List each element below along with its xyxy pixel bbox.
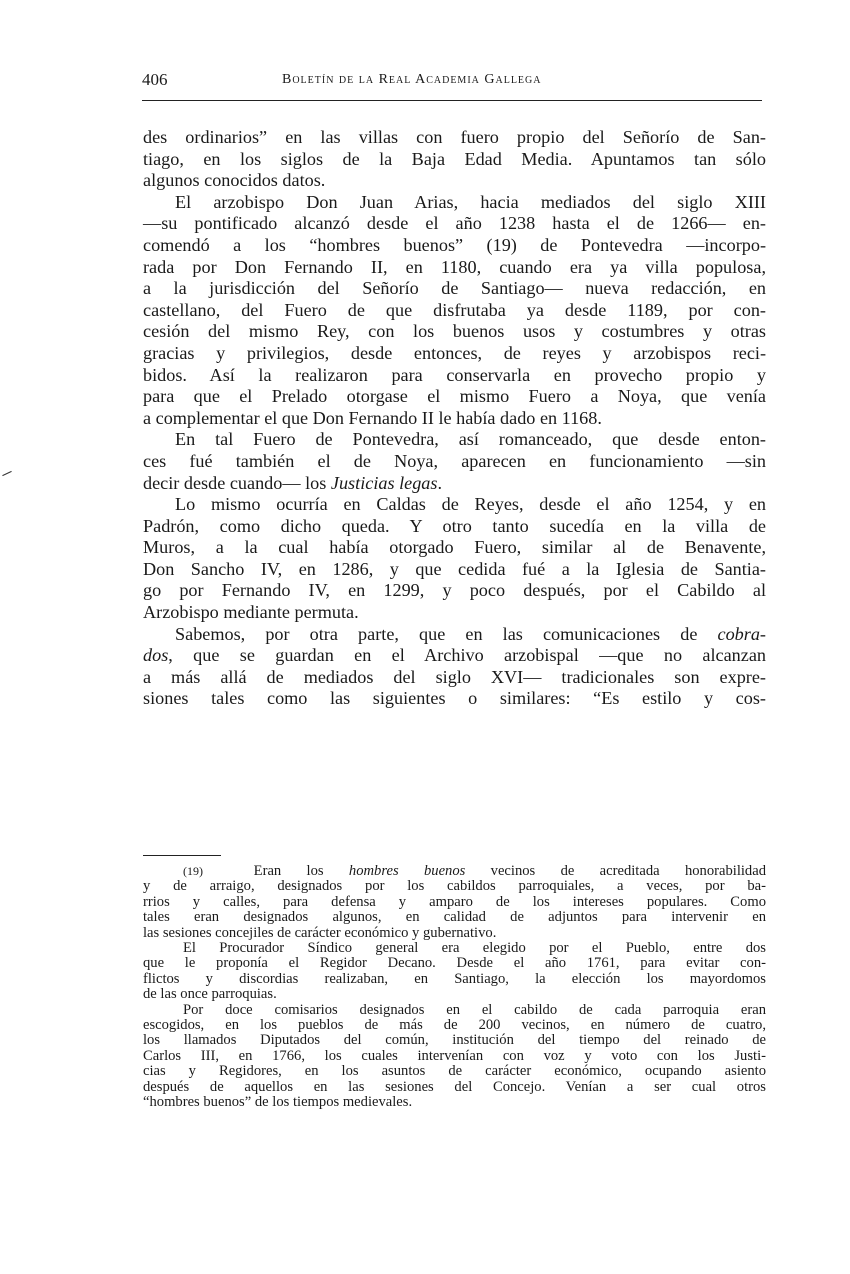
- text-line: Padrón, como dicho queda. Y otro tanto s…: [143, 516, 766, 538]
- text-fragment: vecinos de acreditada honorabilidad: [465, 863, 766, 879]
- text-line: dos, que se guardan en el Archivo arzobi…: [143, 645, 766, 667]
- text-line: tiago, en los siglos de la Baja Edad Med…: [143, 149, 766, 171]
- text-line: El Procurador Síndico general era elegid…: [143, 941, 766, 956]
- text-line: a la jurisdicción del Señorío de Santiag…: [143, 278, 766, 300]
- text-line: Don Sancho IV, en 1286, y que cedida fué…: [143, 559, 766, 581]
- text-line: ces fué también el de Noya, aparecen en …: [143, 451, 766, 473]
- text-line: gracias y privilegios, desde entonces, d…: [143, 343, 766, 365]
- text-line: los llamados Diputados del común, instit…: [143, 1033, 766, 1048]
- page-number: 406: [142, 70, 168, 90]
- text-line: a más allá de mediados del siglo XVI— tr…: [143, 667, 766, 689]
- text-fragment: .: [437, 473, 442, 493]
- text-line: El arzobispo Don Juan Arias, hacia media…: [143, 192, 766, 214]
- text-line: que le proponía el Regidor Decano. Desde…: [143, 956, 766, 971]
- text-line: a complementar el que Don Fernando II le…: [143, 408, 766, 430]
- text-line: Sabemos, por otra parte, que en las comu…: [143, 624, 766, 646]
- text-line: des ordinarios” en las villas con fuero …: [143, 127, 766, 149]
- italic-term: dos: [143, 645, 168, 665]
- footnote-paragraph: El Procurador Síndico general era elegid…: [143, 941, 766, 1003]
- text-line: En tal Fuero de Pontevedra, así romancea…: [143, 429, 766, 451]
- footnote-paragraph: Por doce comisarios designados en el cab…: [143, 1003, 766, 1111]
- paragraph: des ordinarios” en las villas con fuero …: [143, 127, 766, 192]
- text-line: —su pontificado alcanzó desde el año 123…: [143, 213, 766, 235]
- text-line: después de aquellos en las sesiones del …: [143, 1080, 766, 1095]
- text-line: y de arraigo, designados por los cabildo…: [143, 879, 766, 894]
- text-line: castellano, del Fuero de que disfrutaba …: [143, 300, 766, 322]
- text-line: comendó a los “hombres buenos” (19) de P…: [143, 235, 766, 257]
- paragraph: Lo mismo ocurría en Caldas de Reyes, des…: [143, 494, 766, 624]
- text-line: cias y Regidores, en los asuntos de cará…: [143, 1064, 766, 1079]
- footnote-rule: [143, 855, 221, 856]
- text-line: para que el Prelado otorgase el mismo Fu…: [143, 386, 766, 408]
- text-line: siones tales como las siguientes o simil…: [143, 688, 766, 710]
- text-line: tales eran designados algunos, en calida…: [143, 910, 766, 925]
- header-rule: [142, 100, 762, 101]
- page-header: 406 Boletín de la Real Academia Gallega: [142, 70, 762, 94]
- footnote-marker: (19): [183, 864, 203, 878]
- document-page: 406 Boletín de la Real Academia Gallega …: [0, 0, 850, 1274]
- text-line: Arzobispo mediante permuta.: [143, 602, 766, 624]
- text-line: Por doce comisarios designados en el cab…: [143, 1003, 766, 1018]
- text-line: Lo mismo ocurría en Caldas de Reyes, des…: [143, 494, 766, 516]
- text-line: cesión del mismo Rey, con los buenos uso…: [143, 321, 766, 343]
- margin-mark: [2, 471, 11, 476]
- text-fragment: decir desde cuando— los: [143, 473, 331, 493]
- text-line: “hombres buenos” de los tiempos medieval…: [143, 1095, 766, 1110]
- text-line: go por Fernando IV, en 1299, y poco desp…: [143, 580, 766, 602]
- text-line: de las once parroquias.: [143, 987, 766, 1002]
- text-line: bidos. Así la realizaron para conservarl…: [143, 365, 766, 387]
- running-head: Boletín de la Real Academia Gallega: [282, 72, 541, 88]
- text-line: rrios y calles, para defensa y amparo de…: [143, 895, 766, 910]
- text-line: escogidos, en los pueblos de más de 200 …: [143, 1018, 766, 1033]
- footnote: (19) Eran los hombres buenos vecinos de …: [143, 864, 766, 941]
- text-line: rada por Don Fernando II, en 1180, cuand…: [143, 257, 766, 279]
- text-line: las sesiones concejiles de carácter econ…: [143, 926, 766, 941]
- italic-term: Justicias legas: [331, 473, 438, 493]
- body-text: des ordinarios” en las villas con fuero …: [143, 127, 766, 710]
- text-line: decir desde cuando— los Justicias legas.: [143, 473, 766, 495]
- text-line: algunos conocidos datos.: [143, 170, 766, 192]
- text-line: flictos y discordias realizaban, en Sant…: [143, 972, 766, 987]
- italic-term: hombres buenos: [349, 863, 465, 879]
- text-fragment: Sabemos, por otra parte, que en las comu…: [175, 624, 718, 644]
- paragraph: En tal Fuero de Pontevedra, así romancea…: [143, 429, 766, 494]
- text-fragment: Eran los: [254, 863, 349, 879]
- footnotes: (19) Eran los hombres buenos vecinos de …: [143, 864, 766, 1111]
- paragraph: El arzobispo Don Juan Arias, hacia media…: [143, 192, 766, 430]
- text-line: Carlos III, en 1766, los cuales interven…: [143, 1049, 766, 1064]
- paragraph: Sabemos, por otra parte, que en las comu…: [143, 624, 766, 710]
- text-fragment: , que se guardan en el Archivo arzobispa…: [168, 645, 766, 665]
- italic-term: cobra-: [718, 624, 767, 644]
- text-line: Muros, a la cual había otorgado Fuero, s…: [143, 537, 766, 559]
- text-line: (19) Eran los hombres buenos vecinos de …: [143, 864, 766, 879]
